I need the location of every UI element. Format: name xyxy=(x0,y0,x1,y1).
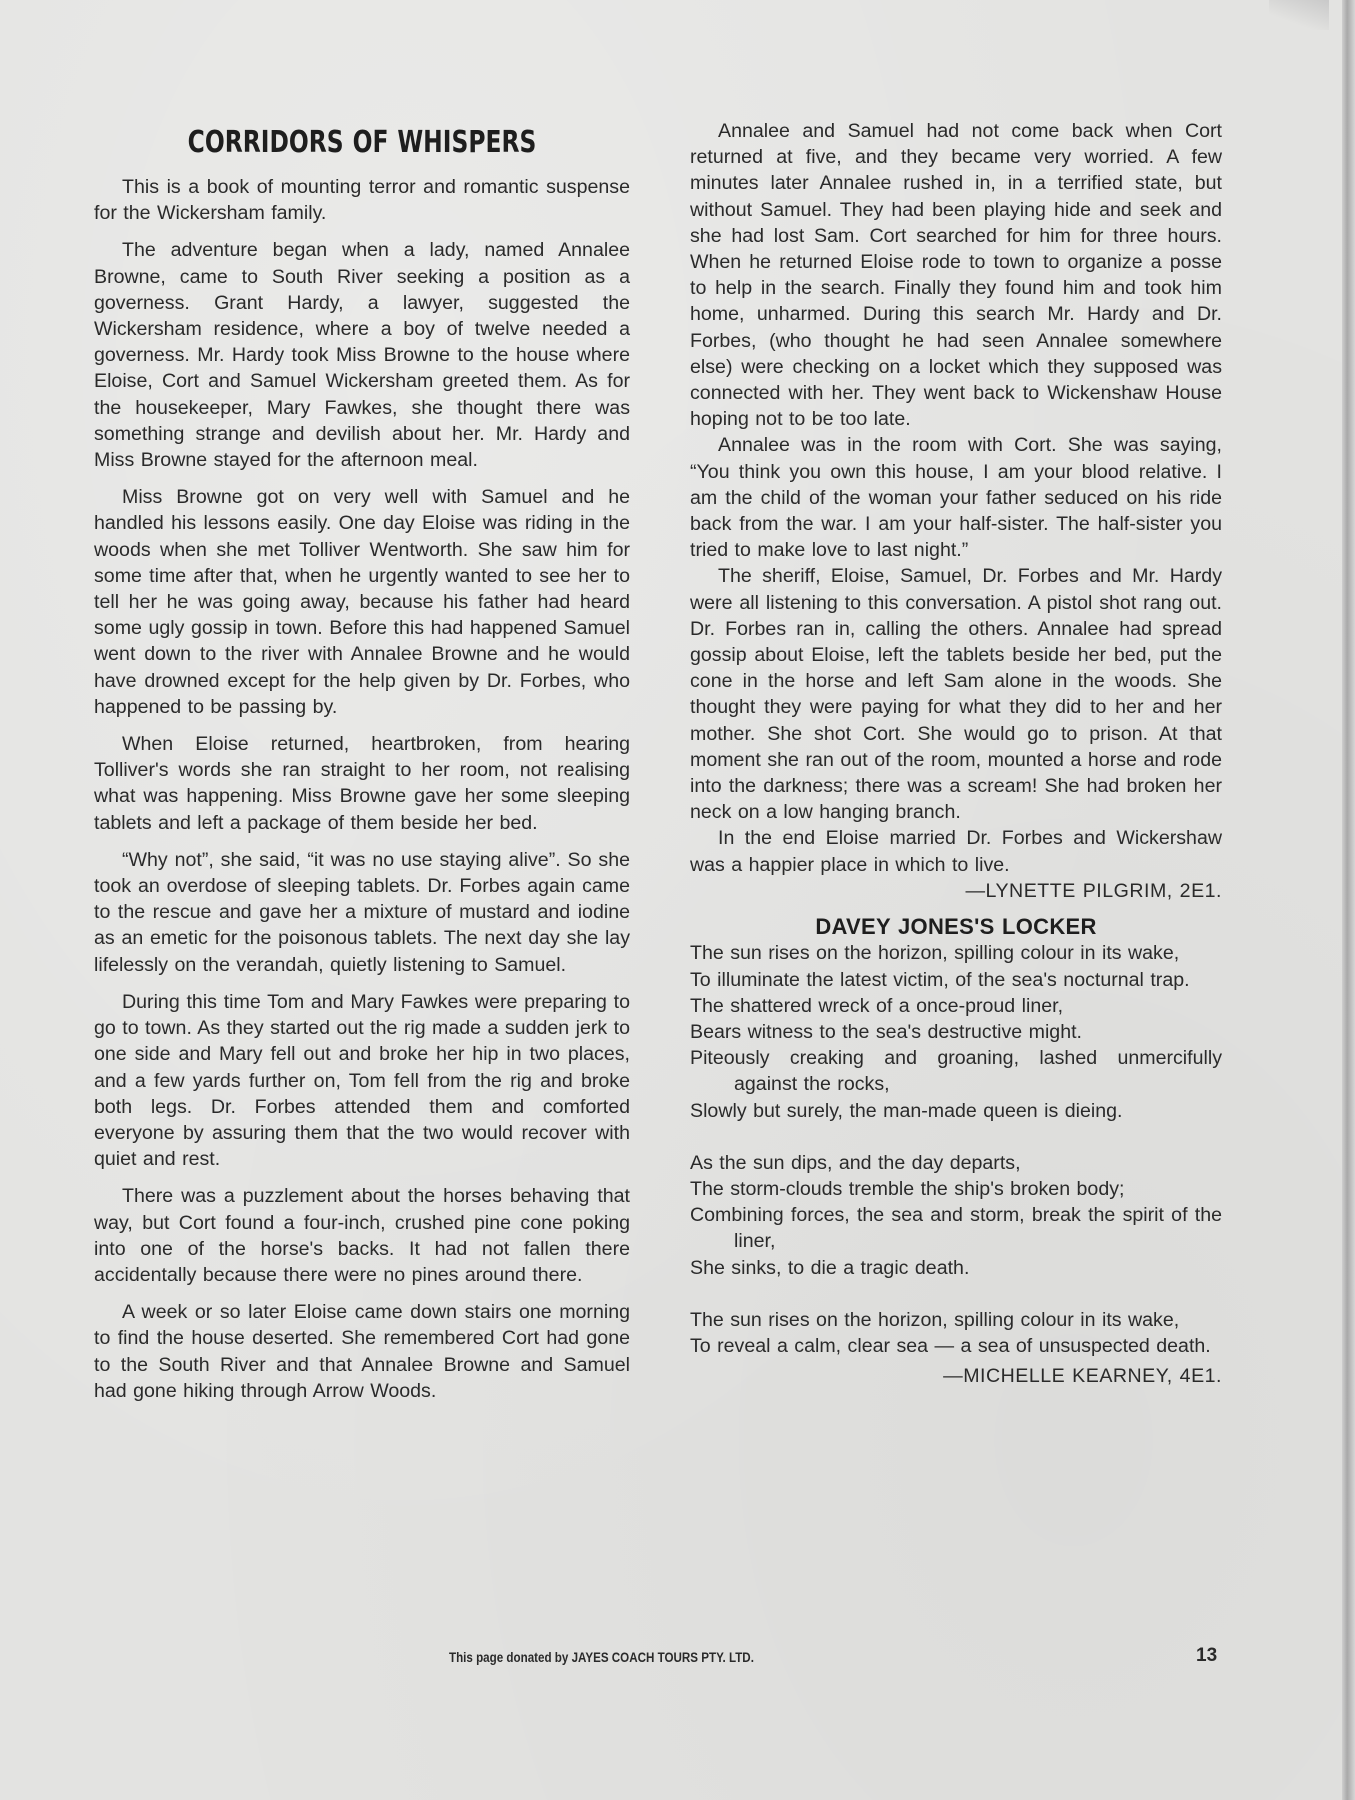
story-paragraph: There was a puzzlement about the horses … xyxy=(94,1183,630,1288)
poem-line: She sinks, to die a tragic death. xyxy=(690,1255,1222,1281)
poem-line: The sun rises on the horizon, spilling c… xyxy=(690,940,1222,966)
poem-line: To illuminate the latest victim, of the … xyxy=(690,967,1222,993)
story-byline: —LYNETTE PILGRIM, 2E1. xyxy=(690,878,1222,904)
story-paragraph: A week or so later Eloise came down stai… xyxy=(94,1299,630,1404)
left-column: CORRIDORS OF WHISPERS This is a book of … xyxy=(94,126,630,1415)
poem-line: As the sun dips, and the day departs, xyxy=(690,1150,1222,1176)
poem-title: DAVEY JONES'S LOCKER xyxy=(690,914,1222,940)
poem-stanza: As the sun dips, and the day departs,The… xyxy=(690,1150,1222,1281)
poem-line: The storm-clouds tremble the ship's brok… xyxy=(690,1176,1222,1202)
magazine-page: CORRIDORS OF WHISPERS This is a book of … xyxy=(0,0,1342,1800)
poem-line: The shattered wreck of a once-proud line… xyxy=(690,993,1222,1019)
story-paragraph: Miss Browne got on very well with Samuel… xyxy=(94,484,630,720)
poem-byline: —MICHELLE KEARNEY, 4E1. xyxy=(690,1363,1222,1389)
poem-stanza: The sun rises on the horizon, spilling c… xyxy=(690,1307,1222,1359)
poem-line: Piteously creaking and groaning, lashed … xyxy=(690,1045,1222,1097)
story-paragraph: In the end Eloise married Dr. Forbes and… xyxy=(690,825,1222,877)
story-paragraph: During this time Tom and Mary Fawkes wer… xyxy=(94,989,630,1172)
story-paragraph: Annalee and Samuel had not come back whe… xyxy=(690,118,1222,432)
page-number: 13 xyxy=(1196,1645,1217,1667)
story-paragraph: When Eloise returned, heartbroken, from … xyxy=(94,731,630,836)
story-paragraph: The sheriff, Eloise, Samuel, Dr. Forbes … xyxy=(690,563,1222,825)
sponsor-note: This page donated by JAYES COACH TOURS P… xyxy=(449,1650,754,1665)
poem-stanza: The sun rises on the horizon, spilling c… xyxy=(690,940,1222,1123)
poem-line: To reveal a calm, clear sea — a sea of u… xyxy=(690,1333,1222,1359)
right-column: Annalee and Samuel had not come back whe… xyxy=(690,118,1222,1389)
poem-line: Slowly but surely, the man-made queen is… xyxy=(690,1098,1222,1124)
story-paragraph: “Why not”, she said, “it was no use stay… xyxy=(94,847,630,978)
poem-line: Combining forces, the sea and storm, bre… xyxy=(690,1202,1222,1254)
poem-line: The sun rises on the horizon, spilling c… xyxy=(690,1307,1222,1333)
story-paragraph: This is a book of mounting terror and ro… xyxy=(94,174,630,226)
story-paragraph: Annalee was in the room with Cort. She w… xyxy=(690,432,1222,563)
page-corner-shadow xyxy=(1269,0,1329,30)
story-title: CORRIDORS OF WHISPERS xyxy=(153,126,571,160)
poem-body: The sun rises on the horizon, spilling c… xyxy=(690,940,1222,1359)
story-paragraph: The adventure began when a lady, named A… xyxy=(94,237,630,473)
poem-line: Bears witness to the sea's destructive m… xyxy=(690,1019,1222,1045)
page-edge-shadow xyxy=(1342,0,1355,1800)
